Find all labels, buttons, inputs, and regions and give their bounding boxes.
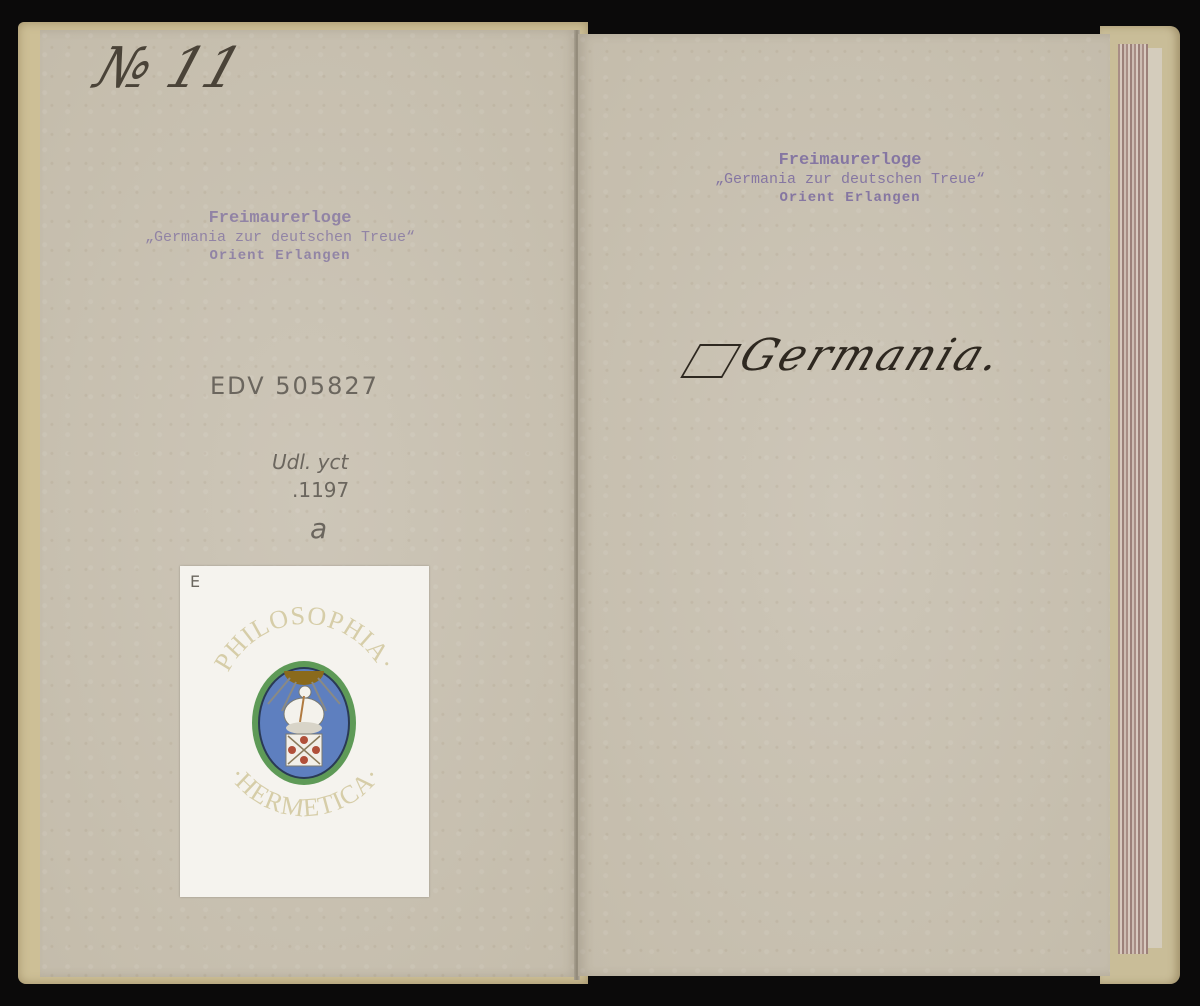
inventory-number: EDV 505827 [210, 372, 379, 400]
handwritten-title: Germania. [733, 330, 1011, 381]
stamp-line-1: Freimaurerloge [120, 208, 440, 229]
bookplate-exlibris: E PHILOSOPHIA· ·HERMETICA· [180, 566, 429, 897]
lodge-stamp-right: Freimaurerloge „Germania zur deutschen T… [690, 150, 1010, 208]
page-block-fore-edge [1148, 48, 1162, 948]
stamp-line-3: Orient Erlangen [690, 190, 1010, 208]
shelfmark-line-2: .1197 [292, 478, 349, 502]
number-mark: № 11 [87, 36, 250, 101]
stamp-line-2: „Germania zur deutschen Treue“ [120, 229, 440, 248]
stamp-line-2: „Germania zur deutschen Treue“ [690, 171, 1010, 190]
book-scan: № 11 Freimaurerloge „Germania zur deutsc… [0, 0, 1200, 1006]
bookplate-emblem-icon: PHILOSOPHIA· ·HERMETICA· [180, 566, 429, 897]
page-block-edge [1118, 44, 1148, 954]
stamp-line-1: Freimaurerloge [690, 150, 1010, 171]
stamp-line-3: Orient Erlangen [120, 248, 440, 266]
lodge-stamp-left: Freimaurerloge „Germania zur deutschen T… [120, 208, 440, 266]
shelfmark-line-1: Udl. yct [272, 450, 348, 474]
shelfmark-line-3: a [310, 512, 327, 545]
